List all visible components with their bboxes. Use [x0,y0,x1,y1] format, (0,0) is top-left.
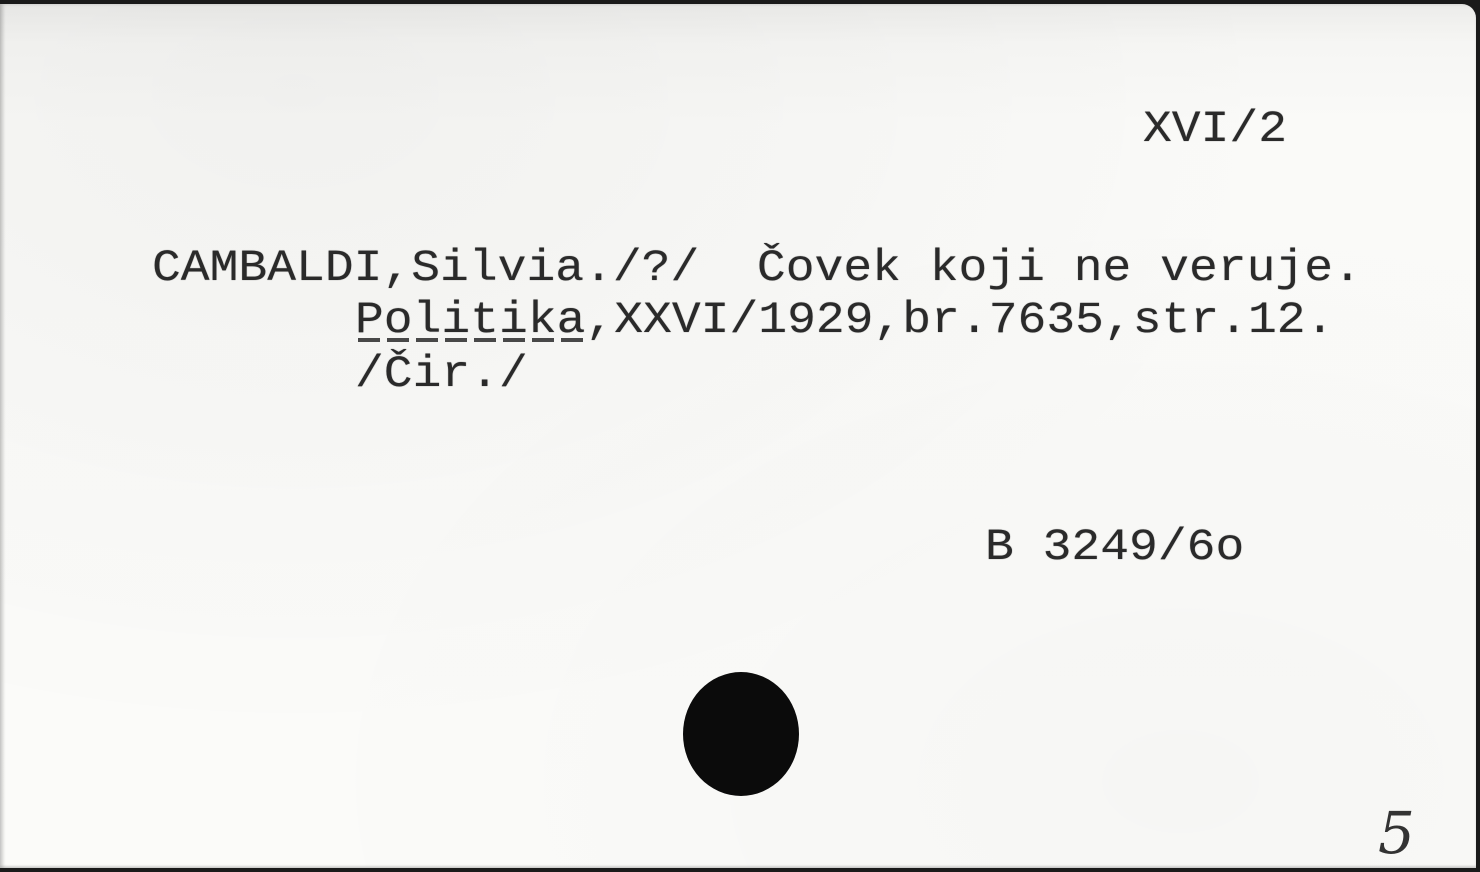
punch-hole [683,672,799,796]
author-title-line: CAMBALDI,Silvia./?/ Čovek koji ne veruje… [152,247,1362,291]
source-line: Politika,XXVI/1929,br.7635,str.12. [355,299,1334,343]
source-underline [358,338,590,342]
catalog-card: XVI/2 CAMBALDI,Silvia./?/ Čovek koji ne … [0,4,1476,868]
handwritten-number: 5 [1378,804,1415,862]
shelf-mark: B 3249/6o [985,526,1244,570]
script-note-line: /Čir./ [355,353,528,397]
call-number: XVI/2 [1143,108,1287,152]
